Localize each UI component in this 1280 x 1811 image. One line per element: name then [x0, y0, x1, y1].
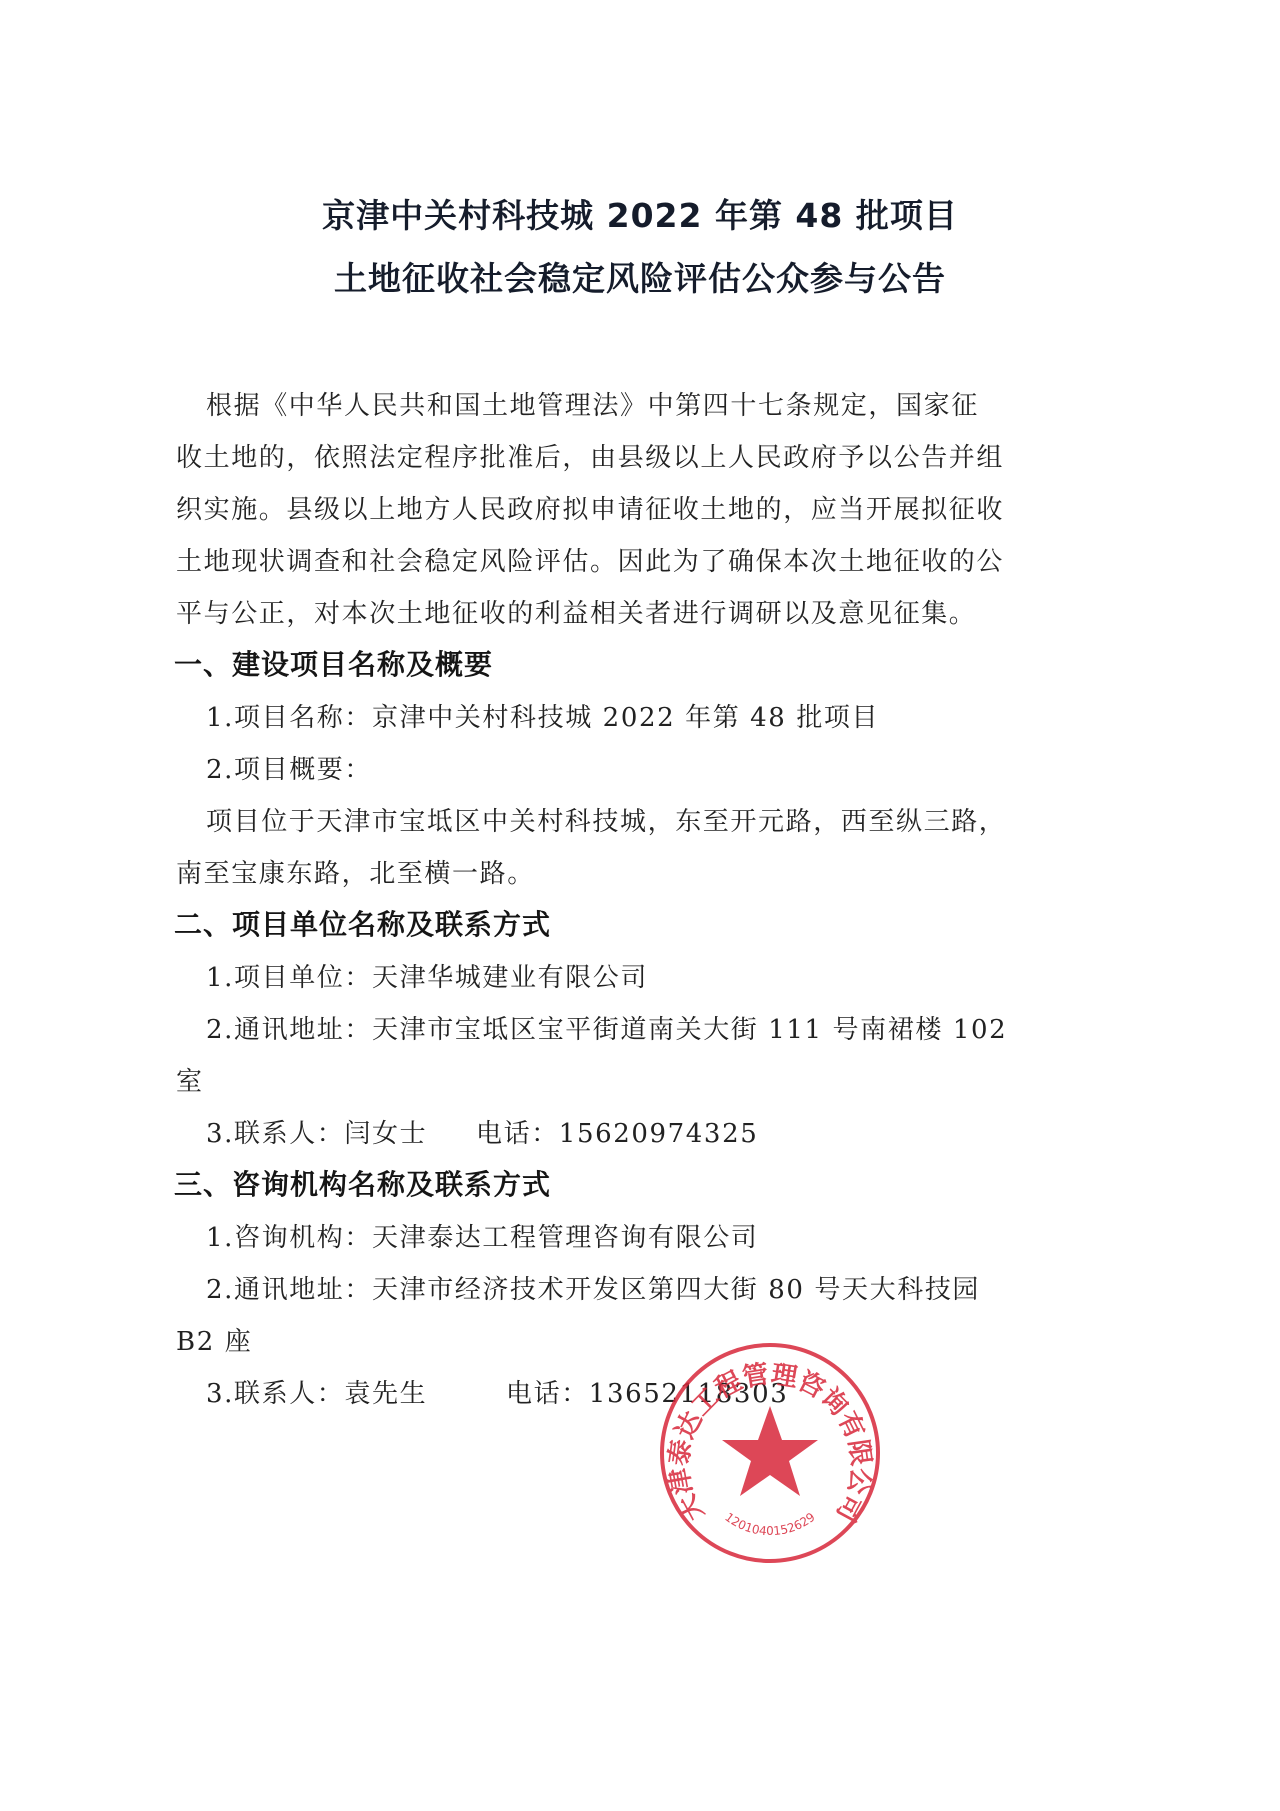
intro-line: 根据《中华人民共和国土地管理法》中第四十七条规定，国家征	[206, 385, 979, 422]
section-heading: 二、项目单位名称及联系方式	[174, 903, 551, 943]
intro-line: 收土地的，依照法定程序批准后，由县级以上人民政府予以公告并组	[176, 437, 1004, 474]
document-title-line-2: 土地征收社会稳定风险评估公众参与公告	[0, 253, 1280, 300]
project-unit-line: 1.项目单位：天津华城建业有限公司	[206, 957, 648, 994]
document-page: 京津中关村科技城 2022 年第 48 批项目 土地征收社会稳定风险评估公众参与…	[0, 0, 1280, 1811]
project-summary-line: 项目位于天津市宝坻区中关村科技城，东至开元路，西至纵三路，	[206, 801, 1006, 838]
project-unit-contact-phone: 电话：15620974325	[476, 1113, 758, 1150]
section-heading: 一、建设项目名称及概要	[174, 643, 493, 683]
document-title-line-1: 京津中关村科技城 2022 年第 48 批项目	[0, 190, 1280, 237]
project-summary-label: 2.项目概要：	[206, 749, 372, 786]
intro-line: 织实施。县级以上地方人民政府拟申请征收土地的，应当开展拟征收	[176, 489, 1004, 526]
consulting-agency-address-line: B2 座	[176, 1321, 252, 1358]
project-unit-contact-person: 3.联系人：闫女士	[206, 1113, 427, 1150]
consulting-agency-address-line: 2.通讯地址：天津市经济技术开发区第四大街 80 号天大科技园	[206, 1269, 980, 1306]
seal-number: 1201040152629	[722, 1510, 817, 1538]
star-icon	[722, 1406, 818, 1496]
project-name-line: 1.项目名称：京津中关村科技城 2022 年第 48 批项目	[206, 697, 879, 734]
project-unit-address-line: 2.通讯地址：天津市宝坻区宝平街道南关大街 111 号南裙楼 102	[206, 1009, 1007, 1046]
consulting-agency-contact-phone: 电话：13652118303	[506, 1373, 788, 1410]
section-heading: 三、咨询机构名称及联系方式	[174, 1163, 551, 1203]
intro-line: 平与公正，对本次土地征收的利益相关者进行调研以及意见征集。	[176, 593, 976, 630]
intro-line: 土地现状调查和社会稳定风险评估。因此为了确保本次土地征收的公	[176, 541, 1004, 578]
project-summary-line: 南至宝康东路，北至横一路。	[176, 853, 535, 890]
project-unit-address-line: 室	[176, 1061, 204, 1098]
consulting-agency-line: 1.咨询机构：天津泰达工程管理咨询有限公司	[206, 1217, 758, 1254]
consulting-agency-contact-person: 3.联系人：袁先生	[206, 1373, 427, 1410]
